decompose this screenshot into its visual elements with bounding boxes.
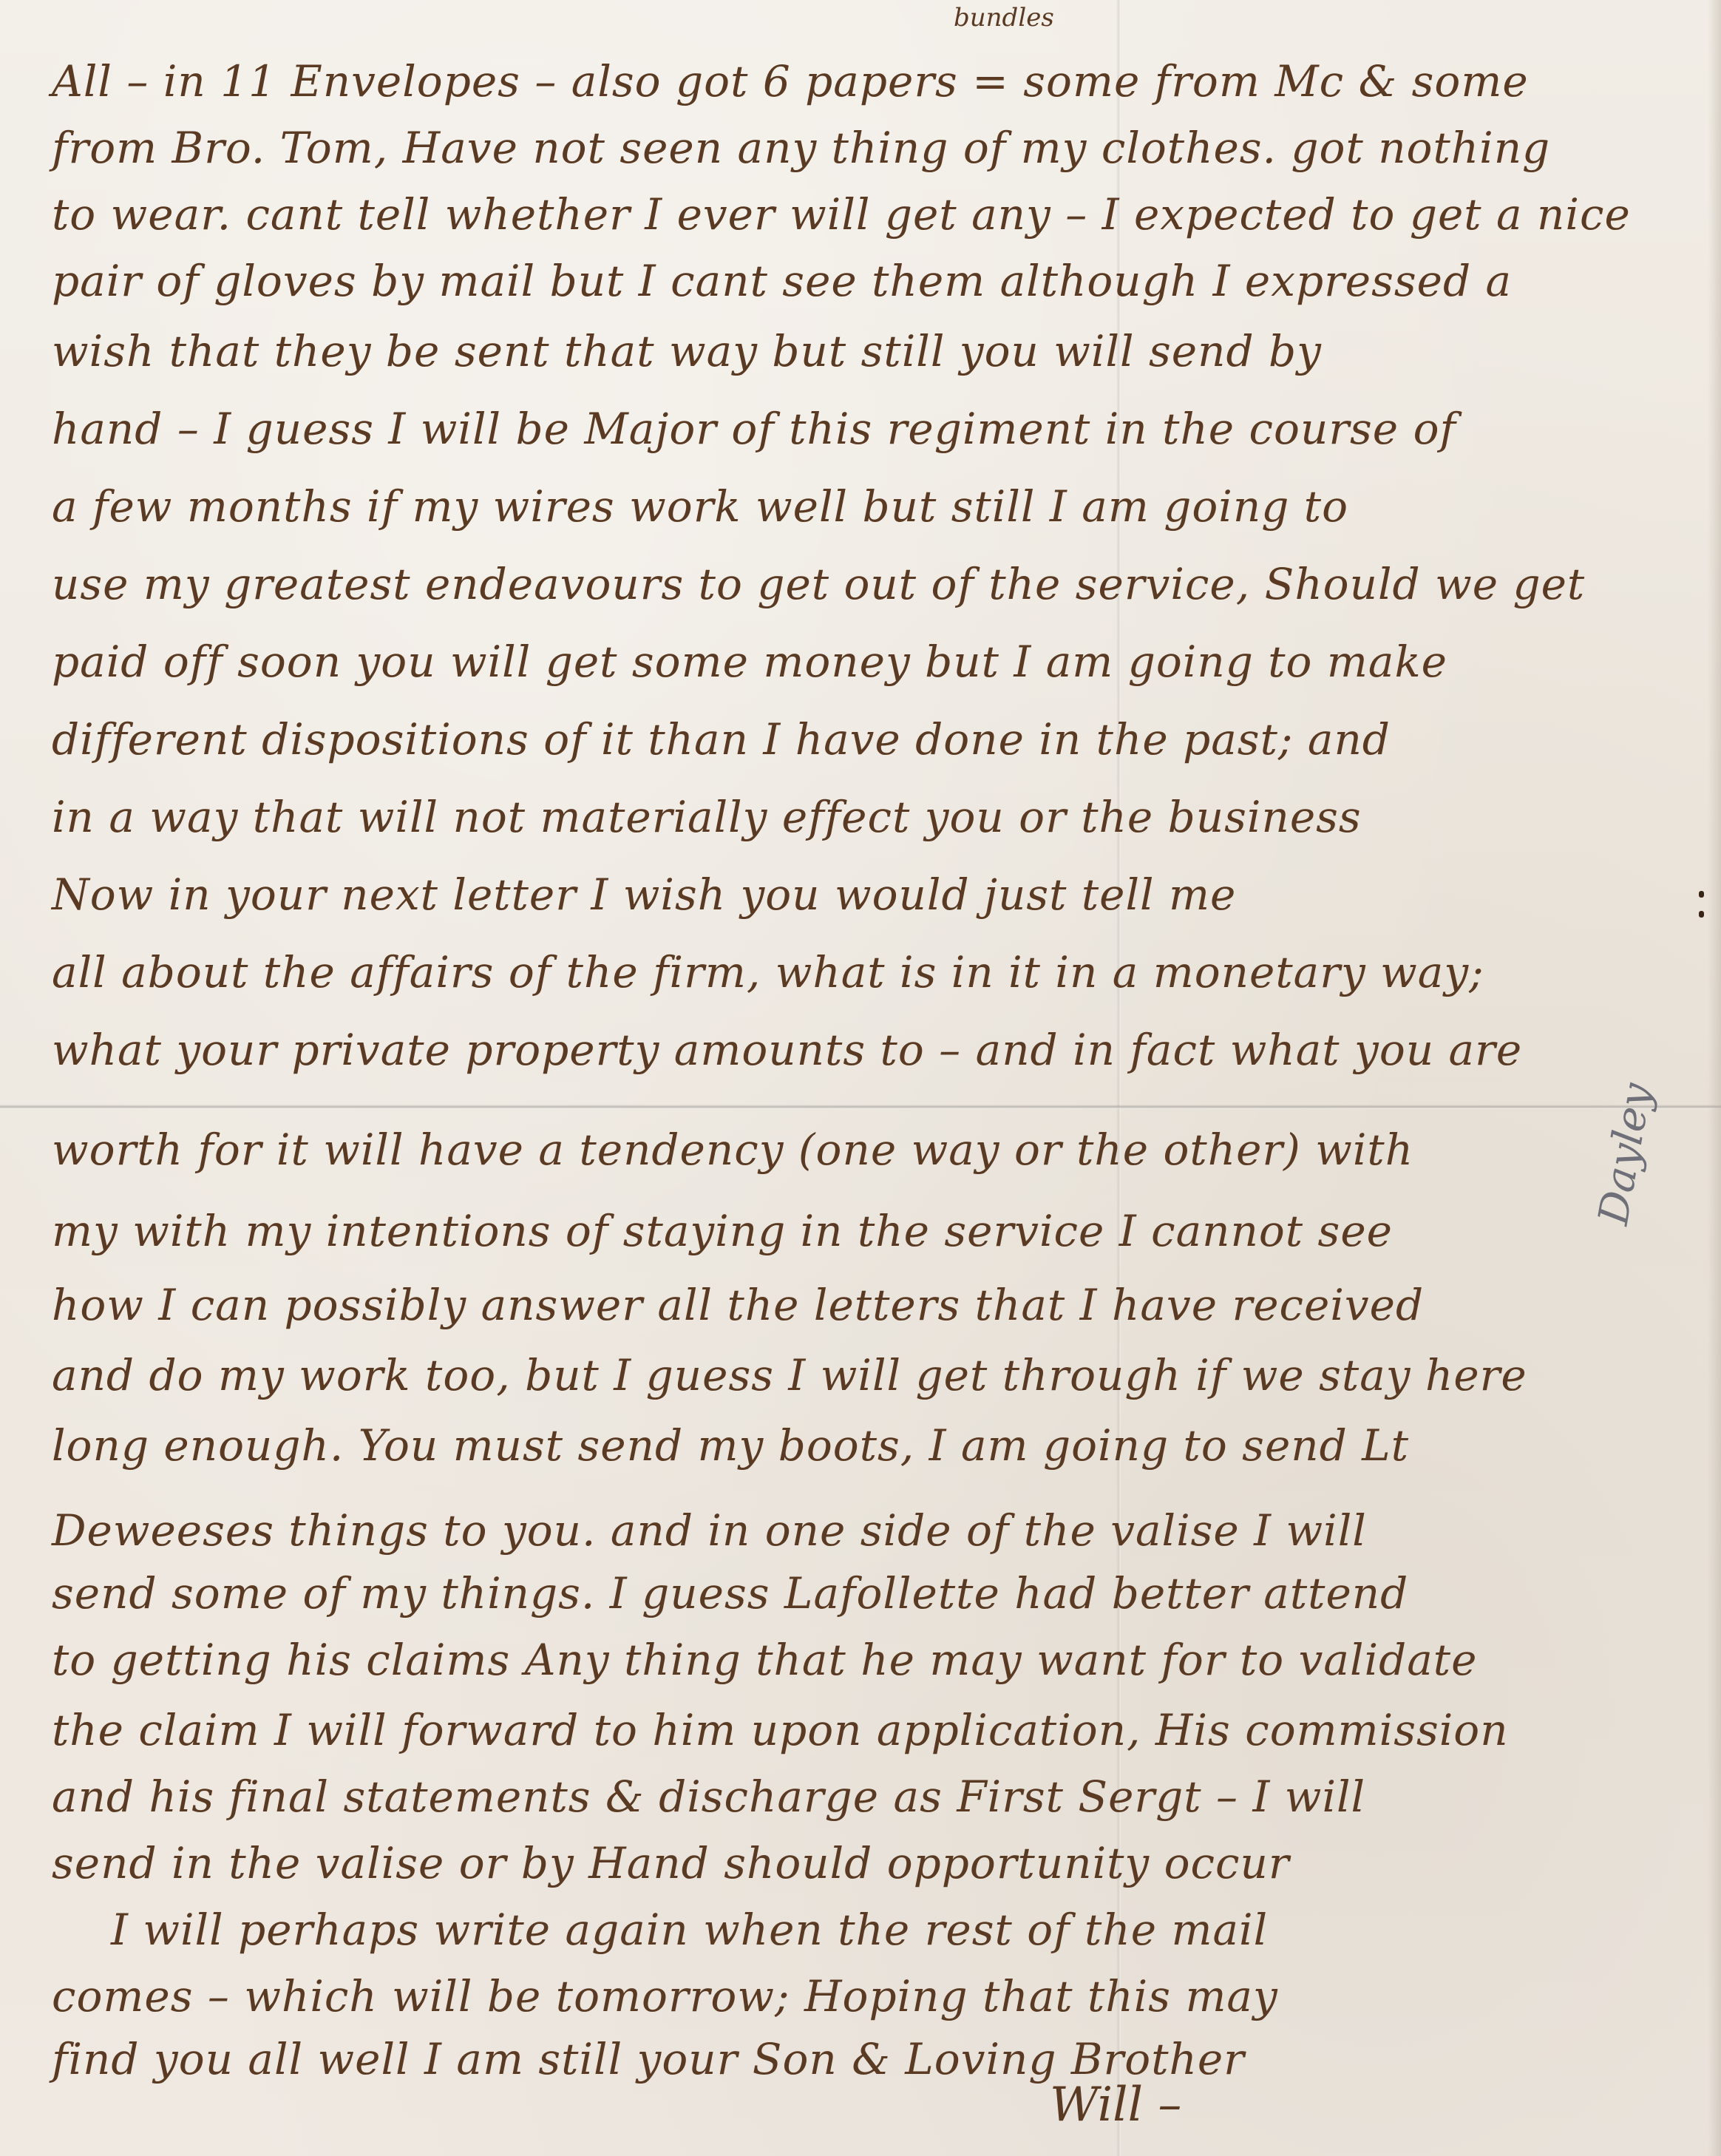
- letter-line-9: paid off soon you will get some money bu…: [52, 632, 1678, 691]
- letter-line-5: wish that they be sent that way but stil…: [52, 322, 1678, 381]
- letter-line-27: comes – which will be tomorrow; Hoping t…: [52, 1967, 1678, 2026]
- letter-line-21: send some of my things. I guess Lafollet…: [52, 1564, 1678, 1623]
- paper-edge: [1708, 0, 1721, 2156]
- letter-line-23: the claim I will forward to him upon app…: [52, 1701, 1678, 1760]
- letter-line-11: in a way that will not materially effect…: [52, 787, 1678, 847]
- letter-line-22: to getting his claims Any thing that he …: [52, 1630, 1678, 1689]
- signature: Will –: [1050, 2078, 1181, 2132]
- letter-line-28: find you all well I am still your Son & …: [52, 2030, 1678, 2089]
- letter-line-4: pair of gloves by mail but I cant see th…: [52, 251, 1678, 311]
- letter-line-2: from Bro. Tom, Have not seen any thing o…: [52, 118, 1678, 177]
- letter-line-19: long enough. You must send my boots, I a…: [52, 1416, 1678, 1475]
- letter-line-6: hand – I guess I will be Major of this r…: [52, 399, 1678, 458]
- letter-line-1: All – in 11 Envelopes – also got 6 paper…: [52, 52, 1678, 111]
- letter-line-26: I will perhaps write again when the rest…: [111, 1900, 1721, 1959]
- letter-line-24: and his final statements & discharge as …: [52, 1767, 1678, 1826]
- insertion-word: bundles: [954, 3, 1054, 33]
- letter-line-13: all about the affairs of the firm, what …: [52, 943, 1678, 1002]
- letter-line-7: a few months if my wires work well but s…: [52, 477, 1678, 536]
- letter-line-25: send in the valise or by Hand should opp…: [52, 1834, 1678, 1893]
- letter-line-8: use my greatest endeavours to get out of…: [52, 555, 1678, 614]
- horizontal-fold-crease: [0, 1105, 1721, 1109]
- letter-line-17: how I can possibly answer all the letter…: [52, 1275, 1678, 1335]
- colon-mark: [1699, 891, 1705, 935]
- letter-line-14: what your private property amounts to – …: [52, 1020, 1678, 1079]
- letter-line-15: worth for it will have a tendency (one w…: [52, 1120, 1678, 1179]
- letter-line-16: my with my intentions of staying in the …: [52, 1201, 1678, 1261]
- letter-line-3: to wear. cant tell whether I ever will g…: [52, 185, 1678, 244]
- letter-line-10: different dispositions of it than I have…: [52, 710, 1678, 769]
- letter-line-20: Deweeses things to you. and in one side …: [52, 1501, 1678, 1560]
- letter-line-18: and do my work too, but I guess I will g…: [52, 1346, 1678, 1405]
- letter-line-12: Now in your next letter I wish you would…: [52, 865, 1678, 924]
